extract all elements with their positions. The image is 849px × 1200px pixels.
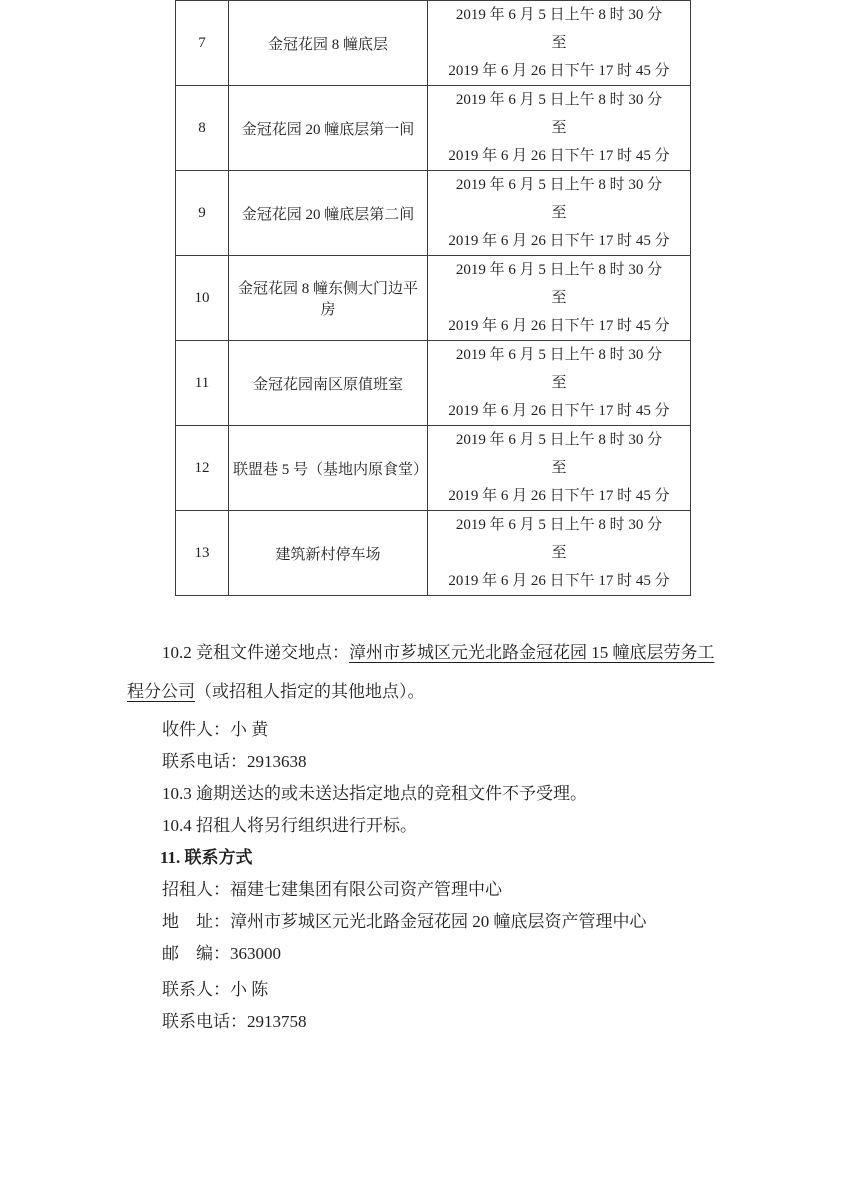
row-number: 7 <box>176 1 229 86</box>
period-start: 2019 年 6 月 5 日上午 8 时 30 分 <box>432 171 686 199</box>
address-line: 地 址：漳州市芗城区元光北路金冠花园 20 幢底层资产管理中心 <box>127 906 726 938</box>
clause-10-2: 10.2 竞租文件递交地点：漳州市芗城区元光北路金冠花园 15 幢底层劳务工程分… <box>127 633 726 711</box>
bid-period: 2019 年 6 月 5 日上午 8 时 30 分 至 2019 年 6 月 2… <box>428 511 691 596</box>
property-name: 建筑新村停车场 <box>229 511 428 596</box>
phone-line-2: 联系电话：2913758 <box>127 1006 726 1038</box>
section-11-heading: 11. 联系方式 <box>127 842 726 874</box>
recipient-line: 收件人：小 黄 <box>127 714 726 746</box>
bid-schedule-table: 7 金冠花园 8 幢底层 2019 年 6 月 5 日上午 8 时 30 分 至… <box>175 0 691 596</box>
period-to: 至 <box>432 539 686 567</box>
row-number: 13 <box>176 511 229 596</box>
period-to: 至 <box>432 29 686 57</box>
clause-10-3: 10.3 逾期送达的或未送达指定地点的竞租文件不予受理。 <box>127 778 726 810</box>
table-row: 9 金冠花园 20 幢底层第二间 2019 年 6 月 5 日上午 8 时 30… <box>176 171 691 256</box>
period-to: 至 <box>432 284 686 312</box>
period-end: 2019 年 6 月 26 日下午 17 时 45 分 <box>432 482 686 510</box>
clause-10-2-suffix: （或招租人指定的其他地点）。 <box>195 682 425 701</box>
bid-period: 2019 年 6 月 5 日上午 8 时 30 分 至 2019 年 6 月 2… <box>428 341 691 426</box>
postcode-line: 邮 编：363000 <box>127 938 726 970</box>
bid-period: 2019 年 6 月 5 日上午 8 时 30 分 至 2019 年 6 月 2… <box>428 1 691 86</box>
period-end: 2019 年 6 月 26 日下午 17 时 45 分 <box>432 142 686 170</box>
table-row: 12 联盟巷 5 号（基地内原食堂） 2019 年 6 月 5 日上午 8 时 … <box>176 426 691 511</box>
lessor-line: 招租人：福建七建集团有限公司资产管理中心 <box>127 874 726 906</box>
table-row: 8 金冠花园 20 幢底层第一间 2019 年 6 月 5 日上午 8 时 30… <box>176 86 691 171</box>
row-number: 8 <box>176 86 229 171</box>
period-end: 2019 年 6 月 26 日下午 17 时 45 分 <box>432 57 686 85</box>
table-row: 7 金冠花园 8 幢底层 2019 年 6 月 5 日上午 8 时 30 分 至… <box>176 1 691 86</box>
bid-period: 2019 年 6 月 5 日上午 8 时 30 分 至 2019 年 6 月 2… <box>428 256 691 341</box>
row-number: 10 <box>176 256 229 341</box>
contact-line: 联系人：小 陈 <box>127 974 726 1006</box>
clause-10-2-prefix: 10.2 竞租文件递交地点： <box>162 643 349 662</box>
period-start: 2019 年 6 月 5 日上午 8 时 30 分 <box>432 426 686 454</box>
period-start: 2019 年 6 月 5 日上午 8 时 30 分 <box>432 86 686 114</box>
property-name: 金冠花园 20 幢底层第一间 <box>229 86 428 171</box>
period-to: 至 <box>432 369 686 397</box>
period-start: 2019 年 6 月 5 日上午 8 时 30 分 <box>432 511 686 539</box>
table-row: 10 金冠花园 8 幢东侧大门边平房 2019 年 6 月 5 日上午 8 时 … <box>176 256 691 341</box>
row-number: 11 <box>176 341 229 426</box>
property-name: 金冠花园南区原值班室 <box>229 341 428 426</box>
document-page: { "table": { "rows": [ { "num": "7", "na… <box>0 0 849 1200</box>
period-end: 2019 年 6 月 26 日下午 17 时 45 分 <box>432 227 686 255</box>
period-end: 2019 年 6 月 26 日下午 17 时 45 分 <box>432 567 686 595</box>
period-end: 2019 年 6 月 26 日下午 17 时 45 分 <box>432 312 686 340</box>
period-start: 2019 年 6 月 5 日上午 8 时 30 分 <box>432 341 686 369</box>
table-row: 13 建筑新村停车场 2019 年 6 月 5 日上午 8 时 30 分 至 2… <box>176 511 691 596</box>
period-to: 至 <box>432 199 686 227</box>
body-text: 10.2 竞租文件递交地点：漳州市芗城区元光北路金冠花园 15 幢底层劳务工程分… <box>127 633 726 1038</box>
period-to: 至 <box>432 454 686 482</box>
property-name: 金冠花园 8 幢底层 <box>229 1 428 86</box>
property-name: 联盟巷 5 号（基地内原食堂） <box>229 426 428 511</box>
period-to: 至 <box>432 114 686 142</box>
period-end: 2019 年 6 月 26 日下午 17 时 45 分 <box>432 397 686 425</box>
bid-period: 2019 年 6 月 5 日上午 8 时 30 分 至 2019 年 6 月 2… <box>428 426 691 511</box>
clause-10-4: 10.4 招租人将另行组织进行开标。 <box>127 810 726 842</box>
row-number: 12 <box>176 426 229 511</box>
table-row: 11 金冠花园南区原值班室 2019 年 6 月 5 日上午 8 时 30 分 … <box>176 341 691 426</box>
phone-line-1: 联系电话：2913638 <box>127 746 726 778</box>
property-name: 金冠花园 20 幢底层第二间 <box>229 171 428 256</box>
period-start: 2019 年 6 月 5 日上午 8 时 30 分 <box>432 1 686 29</box>
property-name: 金冠花园 8 幢东侧大门边平房 <box>229 256 428 341</box>
bid-period: 2019 年 6 月 5 日上午 8 时 30 分 至 2019 年 6 月 2… <box>428 171 691 256</box>
bid-period: 2019 年 6 月 5 日上午 8 时 30 分 至 2019 年 6 月 2… <box>428 86 691 171</box>
row-number: 9 <box>176 171 229 256</box>
period-start: 2019 年 6 月 5 日上午 8 时 30 分 <box>432 256 686 284</box>
